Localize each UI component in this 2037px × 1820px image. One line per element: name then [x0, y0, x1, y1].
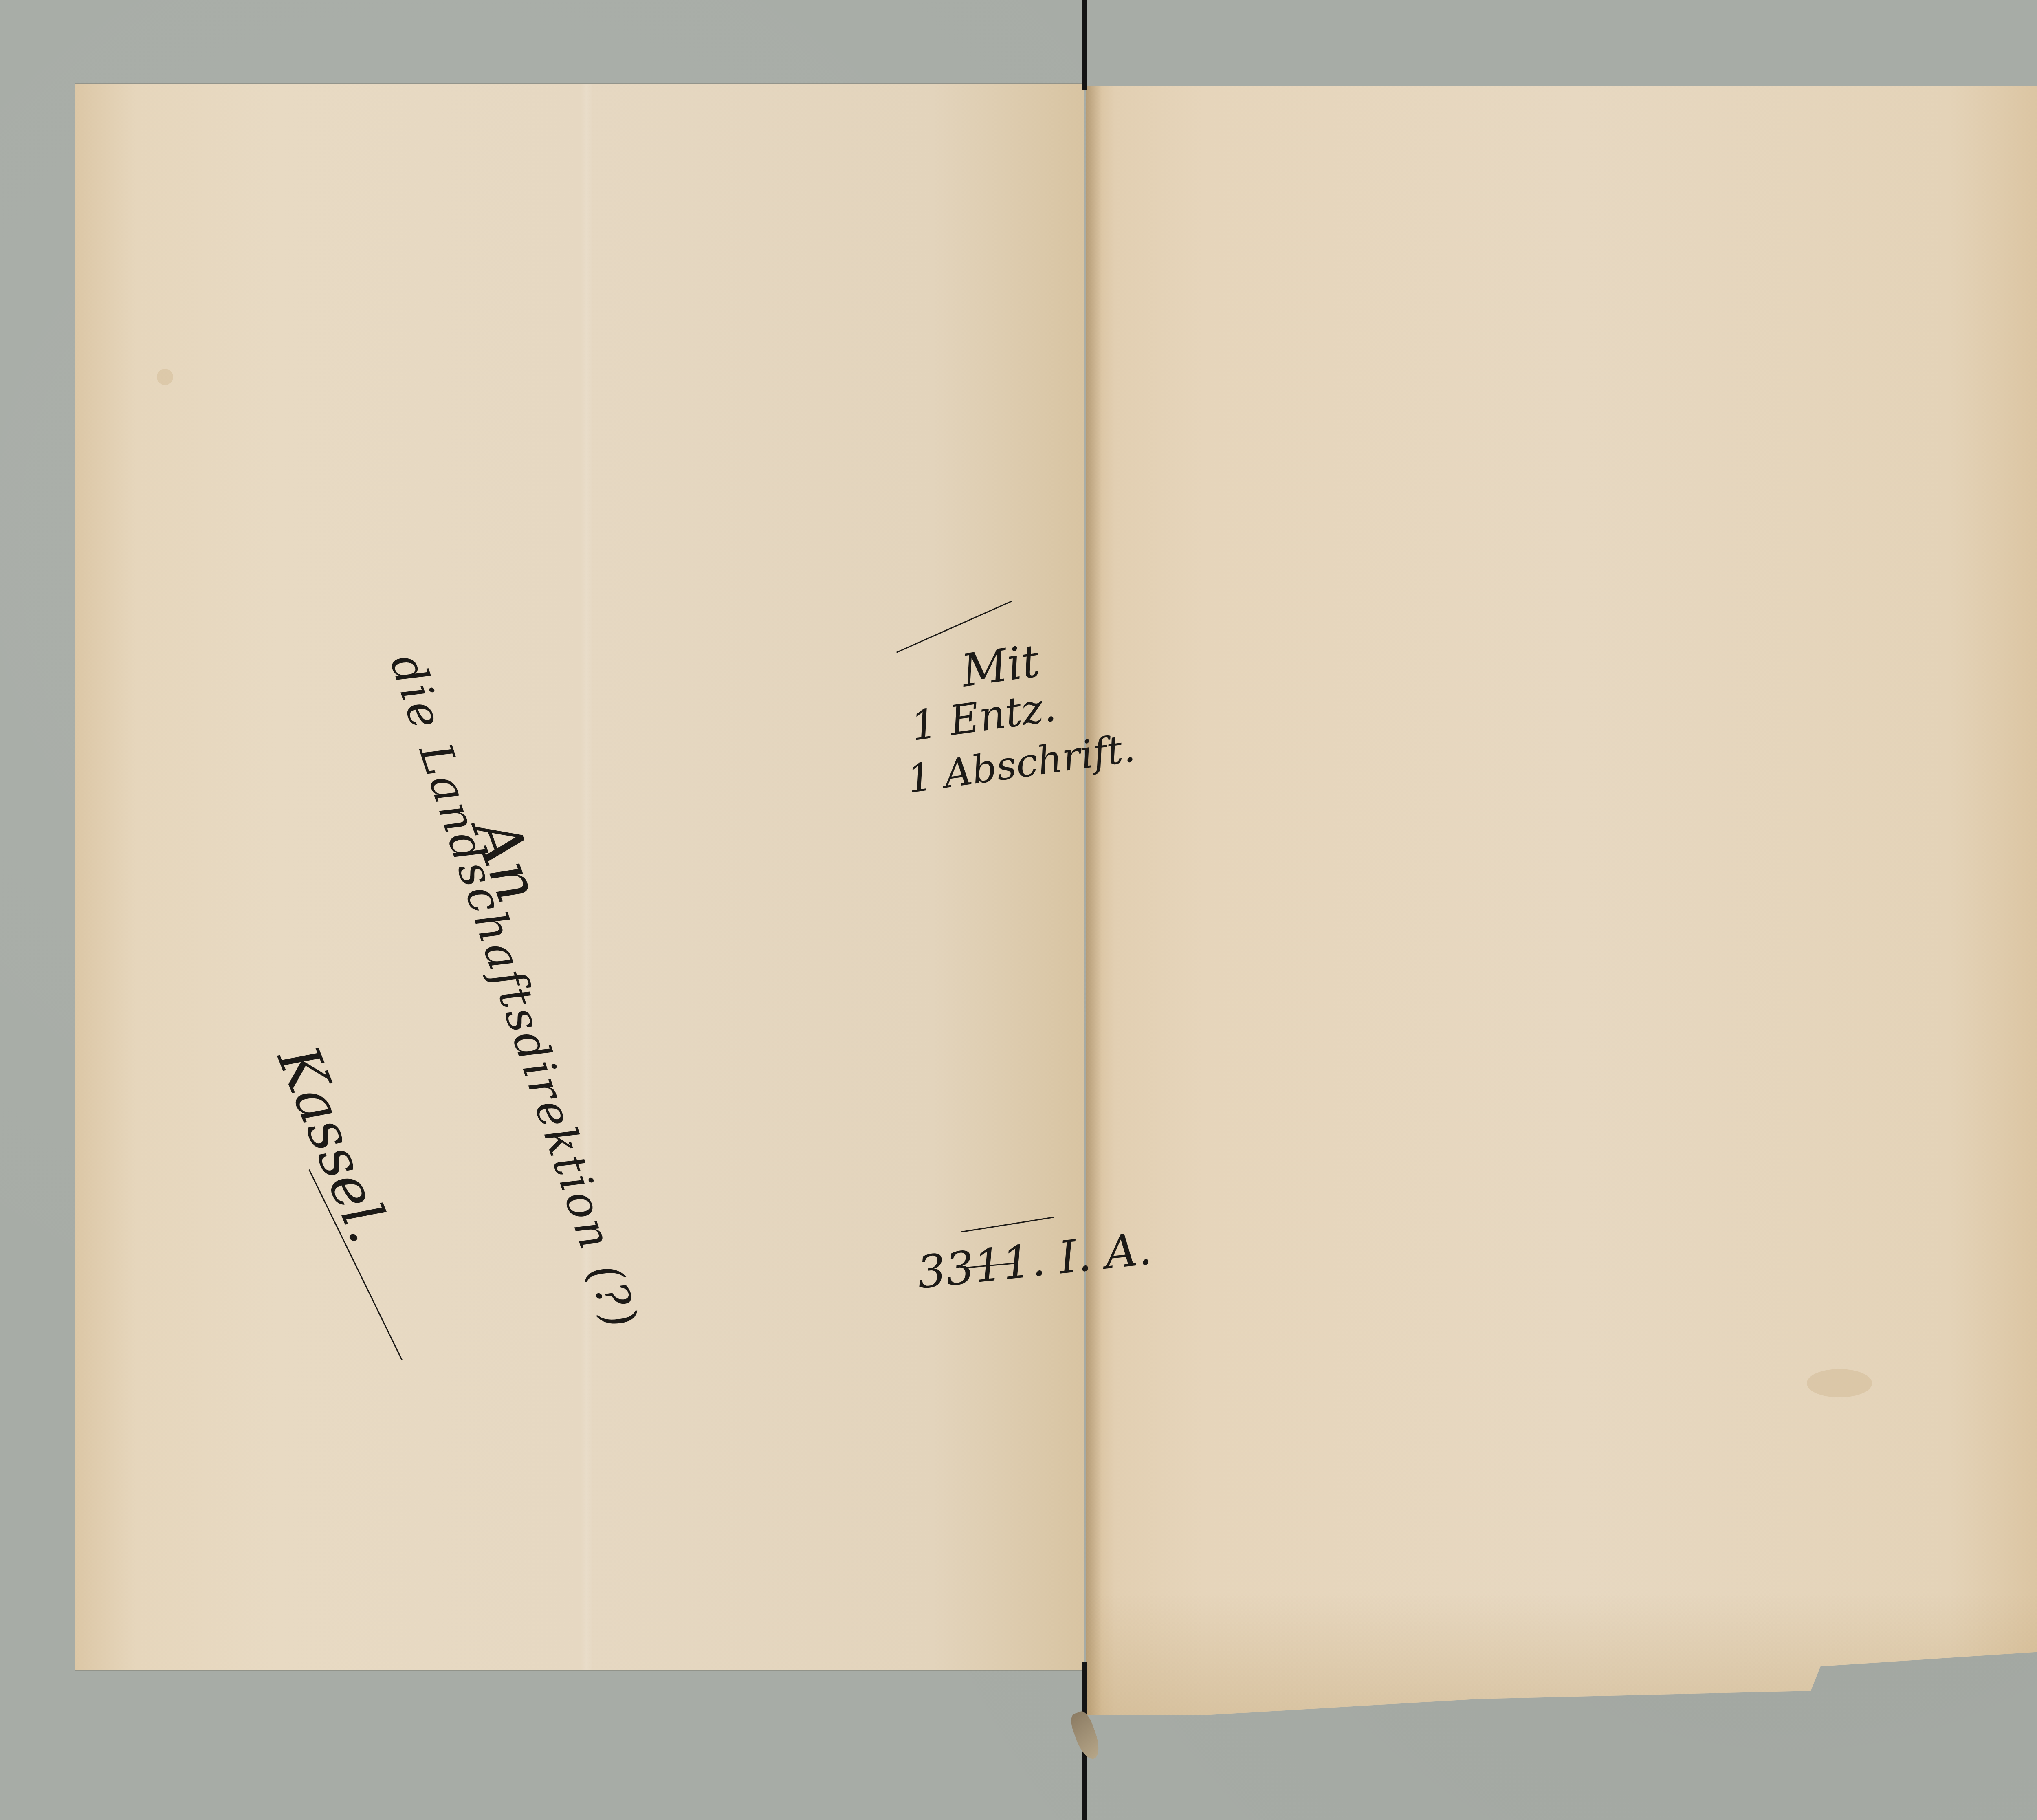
- paper-stain: [1807, 1369, 1872, 1397]
- binding-spine-top: [1082, 0, 1087, 90]
- paper-spot: [157, 369, 173, 385]
- right-page: [1086, 86, 2037, 1715]
- left-page: [75, 84, 1084, 1670]
